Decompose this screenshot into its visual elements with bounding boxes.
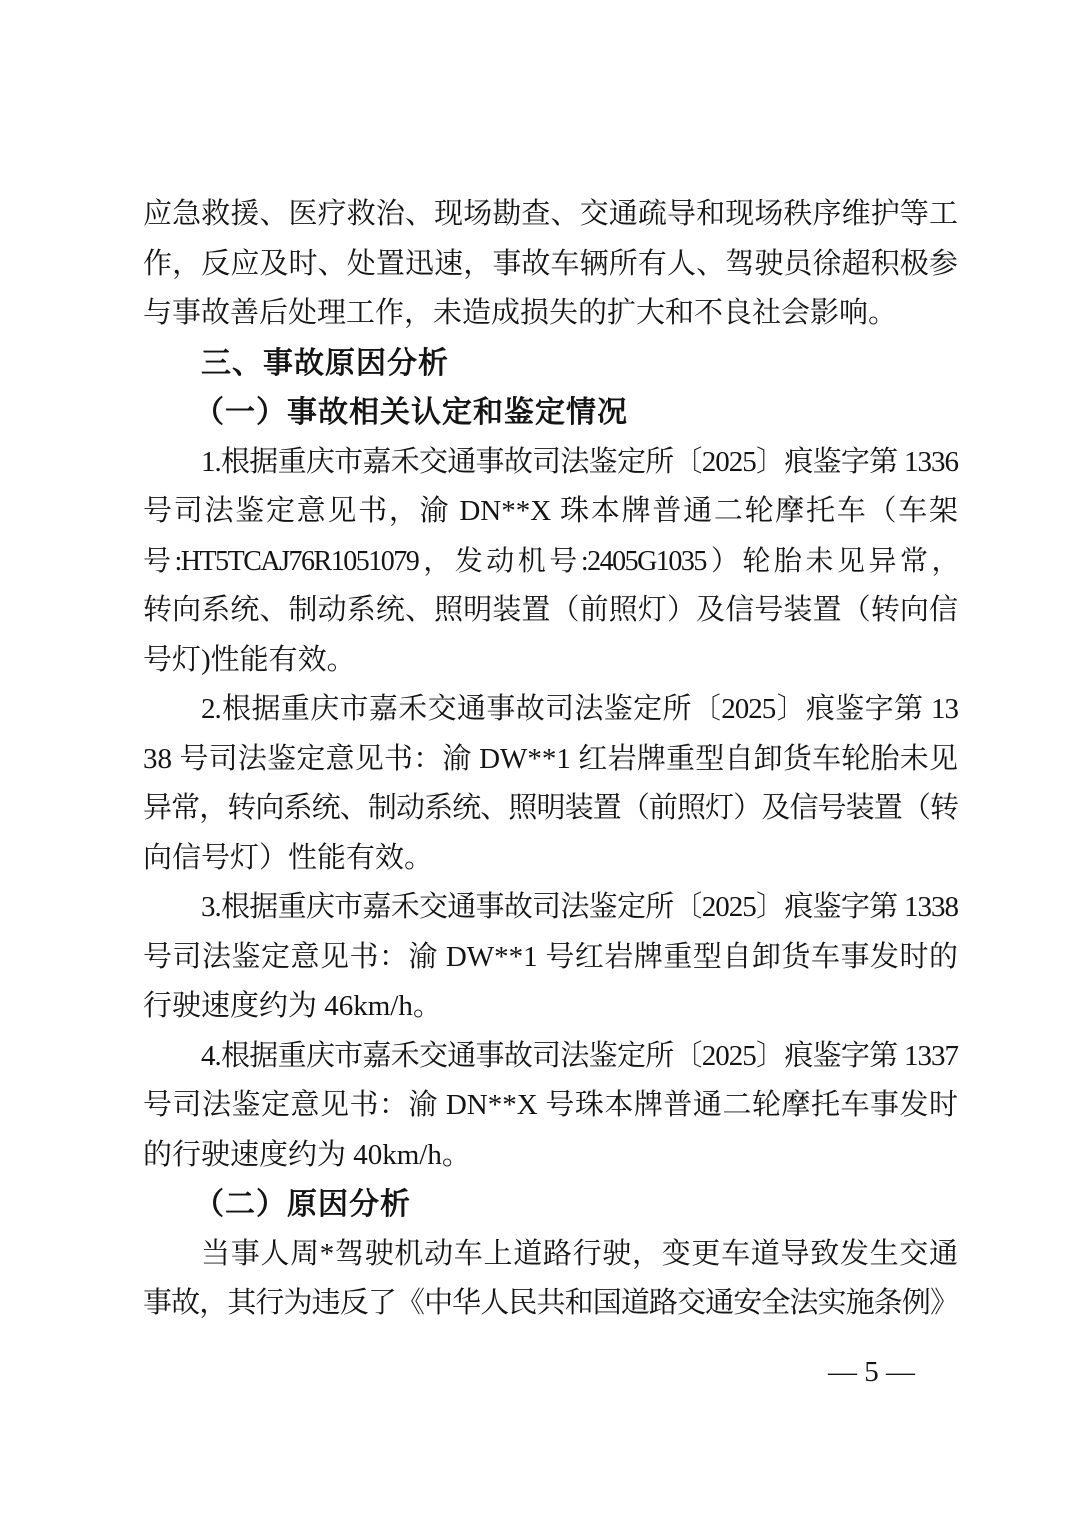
document-body: 应急救援、医疗救治、现场勘查、交通疏导和现场秩序维护等工 作，反应及时、处置迅速… bbox=[143, 190, 958, 1329]
text-line: 转向系统、制动系统、照明装置（前照灯）及信号装置（转向信 bbox=[143, 586, 958, 636]
text-line: 的行驶速度约为 40km/h。 bbox=[143, 1131, 958, 1181]
text-line: 作，反应及时、处置迅速，事故车辆所有人、驾驶员徐超积极参 bbox=[143, 240, 958, 290]
text-line: 38 号司法鉴定意见书：渝 DW**1 红岩牌重型自卸货车轮胎未见 bbox=[143, 735, 958, 785]
text-line: 号司法鉴定意见书：渝 DW**1 号红岩牌重型自卸货车事发时的 bbox=[143, 933, 958, 983]
text-line: 号灯)性能有效。 bbox=[143, 636, 958, 686]
text-line: 号司法鉴定意见书，渝 DN**X 珠本牌普通二轮摩托车（车架 bbox=[143, 487, 958, 537]
text-line: 与事故善后处理工作，未造成损失的扩大和不良社会影响。 bbox=[143, 289, 958, 339]
text-line: 异常，转向系统、制动系统、照明装置（前照灯）及信号装置（转 bbox=[143, 784, 958, 834]
text-line: 行驶速度约为 46km/h。 bbox=[143, 982, 958, 1032]
page-number: — 5 — bbox=[828, 1352, 915, 1392]
text-line: 应急救援、医疗救治、现场勘查、交通疏导和现场秩序维护等工 bbox=[143, 190, 958, 240]
text-line: 号司法鉴定意见书：渝 DN**X 号珠本牌普通二轮摩托车事发时 bbox=[143, 1081, 958, 1131]
section-heading: 三、事故原因分析 bbox=[143, 339, 958, 389]
text-line: 事故，其行为违反了《中华人民共和国道路交通安全法实施条例》 bbox=[143, 1279, 958, 1329]
text-line: 当事人周*驾驶机动车上道路行驶，变更车道导致发生交通 bbox=[143, 1230, 958, 1280]
subsection-heading: （二）原因分析 bbox=[143, 1180, 958, 1230]
text-line: 号:HT5TCAJ76R1051079，发动机号:2405G1035）轮胎未见异… bbox=[143, 537, 958, 587]
text-line: 1.根据重庆市嘉禾交通事故司法鉴定所〔2025〕痕鉴字第 1336 bbox=[143, 438, 958, 488]
text-line: 向信号灯）性能有效。 bbox=[143, 834, 958, 884]
text-line: 2.根据重庆市嘉禾交通事故司法鉴定所〔2025〕痕鉴字第 13 bbox=[143, 685, 958, 735]
subsection-heading: （一）事故相关认定和鉴定情况 bbox=[143, 388, 958, 438]
text-line: 3.根据重庆市嘉禾交通事故司法鉴定所〔2025〕痕鉴字第 1338 bbox=[143, 883, 958, 933]
text-line: 4.根据重庆市嘉禾交通事故司法鉴定所〔2025〕痕鉴字第 1337 bbox=[143, 1032, 958, 1082]
document-page: 应急救援、医疗救治、现场勘查、交通疏导和现场秩序维护等工 作，反应及时、处置迅速… bbox=[0, 0, 1074, 1520]
